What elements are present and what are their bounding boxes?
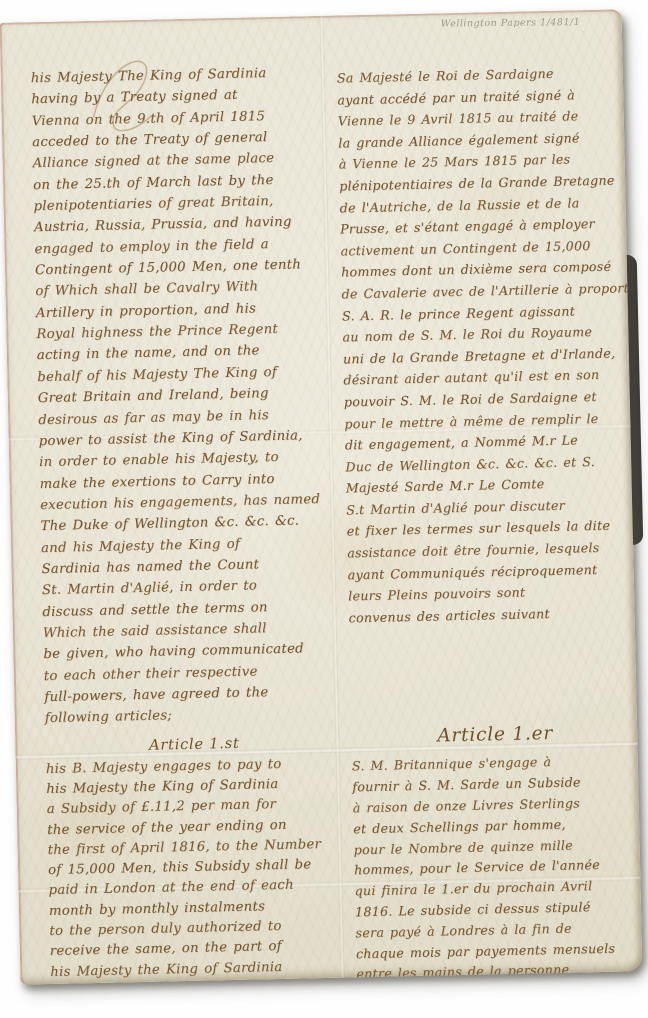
french-paragraph-1: Sa Majesté le Roi de Sardaigneayant accé… bbox=[337, 61, 637, 629]
french-paragraph-2: S. M. Britannique s'engage àfournir à S.… bbox=[352, 751, 643, 985]
scanned-document: Wellington Papers 1/481/1 his Majesty Th… bbox=[0, 0, 648, 1018]
english-column: his Majesty The King of Sardiniahaving b… bbox=[30, 16, 349, 983]
english-paragraph-1: his Majesty The King of Sardiniahaving b… bbox=[31, 62, 343, 730]
article-heading-french: Article 1.er bbox=[351, 721, 639, 751]
english-paragraph-2: his B. Majesty engages to pay tohis Maje… bbox=[46, 753, 349, 983]
french-column: Sa Majesté le Roi de Sardaigneayant accé… bbox=[336, 9, 643, 984]
manuscript-page: Wellington Papers 1/481/1 his Majesty Th… bbox=[0, 9, 642, 984]
